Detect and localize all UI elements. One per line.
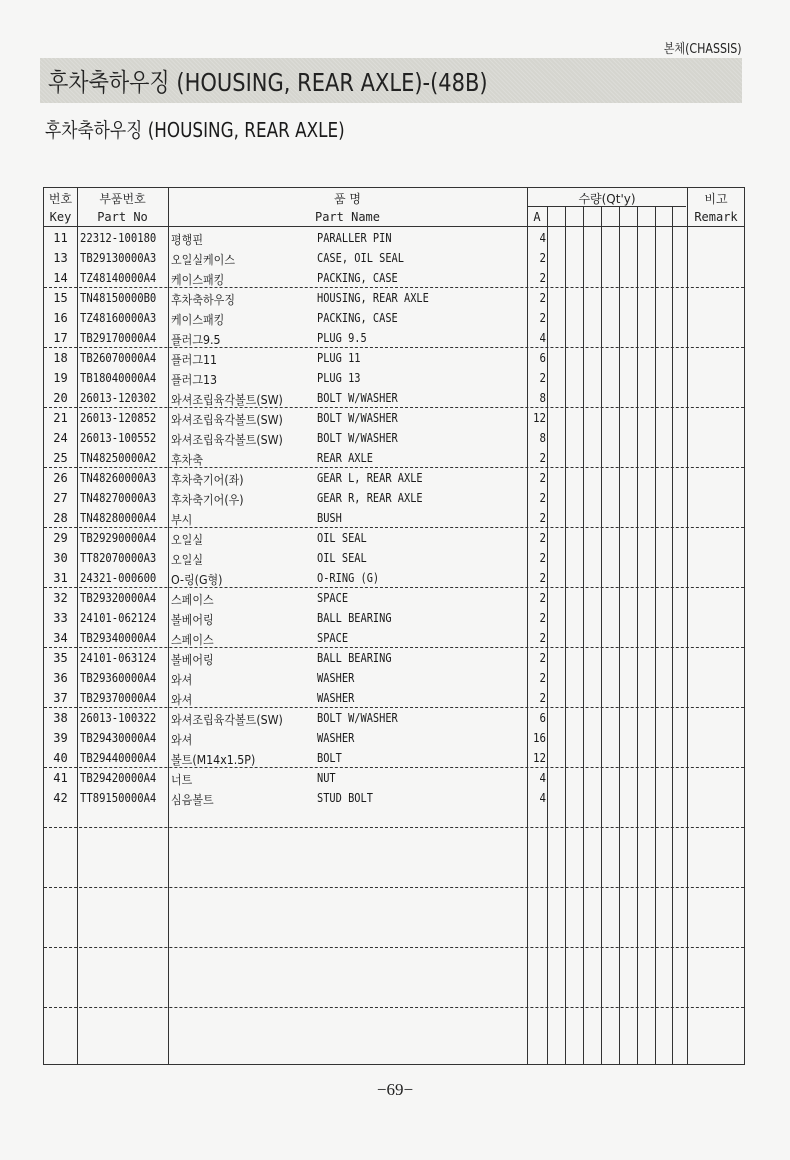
part-no-cell: TN48280000A4: [80, 511, 156, 525]
table-row: 2426013-100552와셔조립육각볼트(SW)BOLT W/WASHER8: [44, 428, 744, 448]
part-no-cell: TB29370000A4: [80, 691, 156, 705]
page-number: −69−: [0, 1080, 790, 1100]
part-name-ko-cell: 와셔조립육각볼트(SW): [171, 391, 283, 408]
table-row: 29TB29290000A4오일실OIL SEAL2: [44, 528, 744, 548]
table-row: 1122312-100180평행핀PARALLER PIN4: [44, 228, 744, 248]
qty-cell: 2: [529, 651, 546, 665]
key-cell: 40: [44, 751, 77, 765]
qty-cell: 2: [529, 571, 546, 585]
qty-cell: 4: [529, 231, 546, 245]
part-no-cell: TN48260000A3: [80, 471, 156, 485]
part-name-en-cell: GEAR R, REAR AXLE: [317, 491, 423, 505]
part-name-ko-cell: O-링(G형): [171, 571, 222, 588]
header-part-no-ko: 부품번호: [77, 190, 168, 207]
part-name-en-cell: REAR AXLE: [317, 451, 373, 465]
table-row: 15TN48150000B0후차축하우징HOUSING, REAR AXLE2: [44, 288, 744, 308]
key-cell: 32: [44, 591, 77, 605]
part-name-ko-cell: 케이스패킹: [171, 271, 224, 288]
part-no-cell: 24321-000600: [80, 571, 156, 585]
header-part-no-en: Part No: [77, 210, 168, 224]
qty-cell: 2: [529, 551, 546, 565]
table-row: 2026013-120302와셔조립육각볼트(SW)BOLT W/WASHER8: [44, 388, 744, 408]
key-cell: 29: [44, 531, 77, 545]
qty-cell: 2: [529, 511, 546, 525]
header-key-ko: 번호: [44, 190, 77, 207]
part-name-en-cell: BOLT W/WASHER: [317, 711, 398, 725]
qty-cell: 4: [529, 331, 546, 345]
part-no-cell: TT89150000A4: [80, 791, 156, 805]
part-name-ko-cell: 후차축기어(좌): [171, 471, 244, 488]
part-name-ko-cell: 플러그11: [171, 351, 217, 368]
part-no-cell: 24101-063124: [80, 651, 156, 665]
part-name-ko-cell: 와셔조립육각볼트(SW): [171, 411, 283, 428]
qty-cell: 12: [529, 411, 546, 425]
part-name-ko-cell: 후차축: [171, 451, 203, 468]
part-name-en-cell: PLUG 11: [317, 351, 360, 365]
part-name-ko-cell: 오일실: [171, 551, 203, 568]
table-row: 25TN48250000A2후차축REAR AXLE2: [44, 448, 744, 468]
part-no-cell: TZ48160000A3: [80, 311, 156, 325]
qty-cell: 2: [529, 631, 546, 645]
part-name-en-cell: GEAR L, REAR AXLE: [317, 471, 423, 485]
header-key-en: Key: [44, 210, 77, 224]
part-name-en-cell: BOLT: [317, 751, 342, 765]
part-no-cell: 26013-100552: [80, 431, 156, 445]
table-row: 3826013-100322와셔조립육각볼트(SW)BOLT W/WASHER6: [44, 708, 744, 728]
qty-cell: 2: [529, 451, 546, 465]
part-name-en-cell: BUSH: [317, 511, 342, 525]
part-no-cell: TZ48140000A4: [80, 271, 156, 285]
part-no-cell: TB29360000A4: [80, 671, 156, 685]
table-row: 37TB29370000A4와셔WASHER2: [44, 688, 744, 708]
part-no-cell: TB29170000A4: [80, 331, 156, 345]
key-cell: 13: [44, 251, 77, 265]
row-group-separator: [44, 827, 744, 828]
qty-cell: 6: [529, 711, 546, 725]
table-row: 27TN48270000A3후차축기어(우)GEAR R, REAR AXLE2: [44, 488, 744, 508]
part-name-ko-cell: 와셔: [171, 671, 192, 688]
key-cell: 35: [44, 651, 77, 665]
qty-cell: 2: [529, 611, 546, 625]
part-name-ko-cell: 평행핀: [171, 231, 203, 248]
part-name-ko-cell: 케이스패킹: [171, 311, 224, 328]
table-row: 17TB29170000A4플러그9.5PLUG 9.54: [44, 328, 744, 348]
row-group-separator: [44, 1007, 744, 1008]
header-qty-ko: 수량(Qt'y): [527, 190, 687, 207]
table-row: 3524101-063124볼베어링BALL BEARING2: [44, 648, 744, 668]
table-row: 16TZ48160000A3케이스패킹PACKING, CASE2: [44, 308, 744, 328]
header-remark-ko: 비고: [687, 190, 745, 207]
key-cell: 39: [44, 731, 77, 745]
part-name-ko-cell: 후차축하우징: [171, 291, 235, 308]
part-name-en-cell: HOUSING, REAR AXLE: [317, 291, 429, 305]
key-cell: 30: [44, 551, 77, 565]
part-name-en-cell: PLUG 13: [317, 371, 360, 385]
part-name-en-cell: WASHER: [317, 671, 354, 685]
part-name-ko-cell: 와셔: [171, 731, 192, 748]
part-name-en-cell: WASHER: [317, 691, 354, 705]
part-name-ko-cell: 오일실케이스: [171, 251, 235, 268]
key-cell: 21: [44, 411, 77, 425]
page-subtitle: 후차축하우징 (HOUSING, REAR AXLE): [45, 114, 345, 143]
part-name-en-cell: SPACE: [317, 631, 348, 645]
part-name-en-cell: BOLT W/WASHER: [317, 431, 398, 445]
qty-cell: 16: [529, 731, 546, 745]
part-no-cell: TB29340000A4: [80, 631, 156, 645]
part-name-ko-cell: 너트: [171, 771, 192, 788]
part-no-cell: TB29130000A3: [80, 251, 156, 265]
part-no-cell: 22312-100180: [80, 231, 156, 245]
part-name-en-cell: NUT: [317, 771, 336, 785]
qty-cell: 2: [529, 251, 546, 265]
table-row: 36TB29360000A4와셔WASHER2: [44, 668, 744, 688]
qty-cell: 8: [529, 391, 546, 405]
part-name-ko-cell: 와셔조립육각볼트(SW): [171, 431, 283, 448]
key-cell: 18: [44, 351, 77, 365]
part-name-ko-cell: 스페이스: [171, 631, 214, 648]
key-cell: 11: [44, 231, 77, 245]
title-band: 후차축하우징 (HOUSING, REAR AXLE)-(48B): [40, 58, 742, 103]
part-name-ko-cell: 플러그13: [171, 371, 217, 388]
part-no-cell: TB29420000A4: [80, 771, 156, 785]
part-no-cell: TN48250000A2: [80, 451, 156, 465]
key-cell: 19: [44, 371, 77, 385]
part-name-ko-cell: 와셔: [171, 691, 192, 708]
key-cell: 41: [44, 771, 77, 785]
part-name-ko-cell: 볼트(M14x1.5P): [171, 751, 255, 768]
part-name-ko-cell: 부시: [171, 511, 192, 528]
part-name-ko-cell: 플러그9.5: [171, 331, 221, 348]
table-row: 19TB18040000A4플러그13PLUG 132: [44, 368, 744, 388]
key-cell: 28: [44, 511, 77, 525]
part-name-en-cell: CASE, OIL SEAL: [317, 251, 404, 265]
part-no-cell: TT82070000A3: [80, 551, 156, 565]
table-row: 3324101-062124볼베어링BALL BEARING2: [44, 608, 744, 628]
table-row: 14TZ48140000A4케이스패킹PACKING, CASE2: [44, 268, 744, 288]
part-no-cell: TB29290000A4: [80, 531, 156, 545]
part-name-en-cell: BALL BEARING: [317, 611, 392, 625]
key-cell: 25: [44, 451, 77, 465]
part-no-cell: TN48270000A3: [80, 491, 156, 505]
qty-cell: 2: [529, 271, 546, 285]
row-group-separator: [44, 887, 744, 888]
table-row: 28TN48280000A4부시BUSH2: [44, 508, 744, 528]
part-name-ko-cell: 볼베어링: [171, 651, 214, 668]
part-name-ko-cell: 와셔조립육각볼트(SW): [171, 711, 283, 728]
part-name-en-cell: STUD BOLT: [317, 791, 373, 805]
part-name-ko-cell: 후차축기어(우): [171, 491, 244, 508]
part-no-cell: 24101-062124: [80, 611, 156, 625]
header-divider: [527, 206, 686, 207]
part-name-en-cell: O-RING (G): [317, 571, 379, 585]
part-name-en-cell: BOLT W/WASHER: [317, 391, 398, 405]
table-row: 13TB29130000A3오일실케이스CASE, OIL SEAL2: [44, 248, 744, 268]
section-label: 본체(CHASSIS): [664, 38, 742, 57]
qty-cell: 2: [529, 531, 546, 545]
key-cell: 20: [44, 391, 77, 405]
qty-cell: 2: [529, 671, 546, 685]
table-row: 41TB29420000A4너트NUT4: [44, 768, 744, 788]
part-no-cell: TB29320000A4: [80, 591, 156, 605]
part-no-cell: 26013-120852: [80, 411, 156, 425]
part-name-en-cell: PLUG 9.5: [317, 331, 367, 345]
key-cell: 31: [44, 571, 77, 585]
part-name-en-cell: BALL BEARING: [317, 651, 392, 665]
qty-cell: 2: [529, 311, 546, 325]
table-row: 42TT89150000A4심음볼트STUD BOLT4: [44, 788, 744, 808]
part-no-cell: TB29440000A4: [80, 751, 156, 765]
row-group-separator: [44, 947, 744, 948]
key-cell: 37: [44, 691, 77, 705]
part-name-en-cell: SPACE: [317, 591, 348, 605]
qty-cell: 2: [529, 371, 546, 385]
qty-cell: 2: [529, 291, 546, 305]
qty-cell: 4: [529, 791, 546, 805]
key-cell: 24: [44, 431, 77, 445]
table-row: 2126013-120852와셔조립육각볼트(SW)BOLT W/WASHER1…: [44, 408, 744, 428]
header-bottom-border: [44, 226, 744, 227]
part-no-cell: TB18040000A4: [80, 371, 156, 385]
page-title: 후차축하우징 (HOUSING, REAR AXLE)-(48B): [48, 63, 488, 99]
key-cell: 17: [44, 331, 77, 345]
key-cell: 38: [44, 711, 77, 725]
table-row: 34TB29340000A4스페이스SPACE2: [44, 628, 744, 648]
part-name-ko-cell: 볼베어링: [171, 611, 214, 628]
part-no-cell: 26013-120302: [80, 391, 156, 405]
part-name-en-cell: OIL SEAL: [317, 531, 367, 545]
key-cell: 27: [44, 491, 77, 505]
key-cell: 36: [44, 671, 77, 685]
part-name-ko-cell: 오일실: [171, 531, 203, 548]
header-qty-col-a: A: [527, 210, 547, 224]
key-cell: 14: [44, 271, 77, 285]
qty-cell: 6: [529, 351, 546, 365]
table-row: 3124321-000600O-링(G형)O-RING (G)2: [44, 568, 744, 588]
part-name-en-cell: PACKING, CASE: [317, 271, 398, 285]
qty-cell: 2: [529, 591, 546, 605]
part-name-en-cell: PACKING, CASE: [317, 311, 398, 325]
part-name-en-cell: WASHER: [317, 731, 354, 745]
key-cell: 34: [44, 631, 77, 645]
qty-cell: 12: [529, 751, 546, 765]
part-no-cell: TB29430000A4: [80, 731, 156, 745]
part-name-en-cell: PARALLER PIN: [317, 231, 392, 245]
table-row: 32TB29320000A4스페이스SPACE2: [44, 588, 744, 608]
header-remark-en: Remark: [687, 210, 745, 224]
part-name-ko-cell: 스페이스: [171, 591, 214, 608]
parts-table: 번호 Key 부품번호 Part No 품 명 Part Name 수량(Qt'…: [43, 187, 745, 1065]
part-no-cell: TB26070000A4: [80, 351, 156, 365]
qty-cell: 4: [529, 771, 546, 785]
part-name-ko-cell: 심음볼트: [171, 791, 214, 808]
qty-cell: 2: [529, 471, 546, 485]
part-name-en-cell: OIL SEAL: [317, 551, 367, 565]
part-no-cell: TN48150000B0: [80, 291, 156, 305]
key-cell: 16: [44, 311, 77, 325]
header-part-name-ko: 품 명: [168, 190, 527, 207]
table-row: 40TB29440000A4볼트(M14x1.5P)BOLT12: [44, 748, 744, 768]
table-row: 30TT82070000A3오일실OIL SEAL2: [44, 548, 744, 568]
key-cell: 15: [44, 291, 77, 305]
table-row: 26TN48260000A3후차축기어(좌)GEAR L, REAR AXLE2: [44, 468, 744, 488]
part-name-en-cell: BOLT W/WASHER: [317, 411, 398, 425]
header-part-name-en: Part Name: [168, 210, 527, 224]
key-cell: 26: [44, 471, 77, 485]
qty-cell: 2: [529, 691, 546, 705]
part-no-cell: 26013-100322: [80, 711, 156, 725]
qty-cell: 2: [529, 491, 546, 505]
table-row: 39TB29430000A4와셔WASHER16: [44, 728, 744, 748]
table-row: 18TB26070000A4플러그11PLUG 116: [44, 348, 744, 368]
qty-cell: 8: [529, 431, 546, 445]
key-cell: 42: [44, 791, 77, 805]
key-cell: 33: [44, 611, 77, 625]
